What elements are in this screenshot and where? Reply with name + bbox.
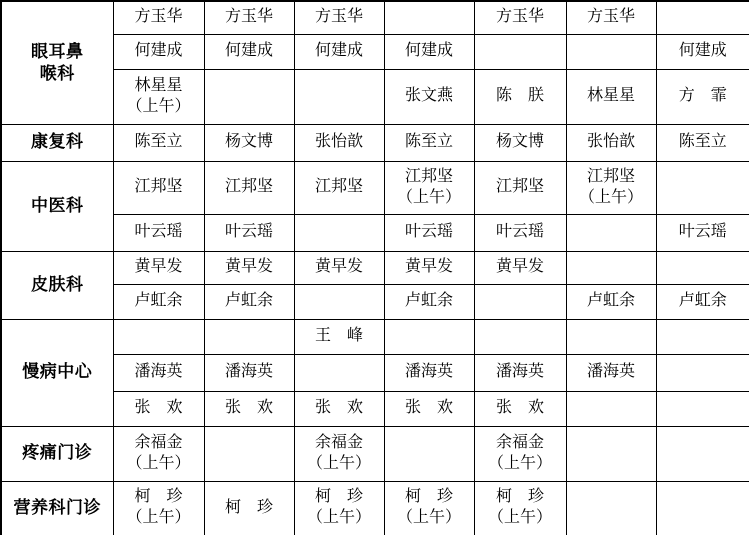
schedule-cell: 杨文博: [204, 124, 294, 161]
schedule-cell: [294, 69, 384, 124]
schedule-cell: [294, 284, 384, 319]
schedule-cell: 黄早发: [294, 251, 384, 284]
schedule-cell: 卢虹余: [566, 284, 656, 319]
schedule-cell: [384, 319, 474, 354]
schedule-cell: 叶云瑶: [113, 214, 204, 251]
schedule-cell: [384, 1, 474, 34]
schedule-cell: 叶云瑶: [474, 214, 566, 251]
department-cell: 中医科: [1, 161, 113, 251]
schedule-cell: 柯 珍: [204, 481, 294, 535]
schedule-cell: [656, 161, 749, 214]
schedule-cell: 余福金 （上午）: [474, 426, 566, 481]
schedule-cell: 方玉华: [474, 1, 566, 34]
schedule-cell: 杨文博: [474, 124, 566, 161]
schedule-cell: 林星星: [566, 69, 656, 124]
schedule-cell: [294, 354, 384, 391]
schedule-cell: 方玉华: [294, 1, 384, 34]
schedule-cell: 卢虹余: [204, 284, 294, 319]
schedule-cell: 何建成: [294, 34, 384, 69]
schedule-cell: 江邦坚 （上午）: [384, 161, 474, 214]
table-row: 中医科江邦坚江邦坚江邦坚江邦坚 （上午）江邦坚江邦坚 （上午）: [1, 161, 749, 214]
schedule-cell: 张 欢: [204, 391, 294, 426]
schedule-cell: [474, 319, 566, 354]
table-row: 潘海英潘海英潘海英潘海英潘海英: [1, 354, 749, 391]
schedule-cell: 方玉华: [113, 1, 204, 34]
table-row: 叶云瑶叶云瑶叶云瑶叶云瑶叶云瑶: [1, 214, 749, 251]
department-cell: 康复科: [1, 124, 113, 161]
schedule-cell: 卢虹余: [113, 284, 204, 319]
schedule-cell: [294, 214, 384, 251]
department-cell: 眼耳鼻 喉科: [1, 1, 113, 124]
schedule-cell: 方 霏: [656, 69, 749, 124]
schedule-cell: [474, 284, 566, 319]
schedule-cell: [474, 34, 566, 69]
schedule-cell: 江邦坚 （上午）: [566, 161, 656, 214]
schedule-cell: 潘海英: [204, 354, 294, 391]
schedule-cell: [656, 251, 749, 284]
table-row: 林星星 （上午）张文燕陈 朕林星星方 霏: [1, 69, 749, 124]
duty-schedule-body: 眼耳鼻 喉科方玉华方玉华方玉华方玉华方玉华何建成何建成何建成何建成何建成林星星 …: [1, 1, 749, 535]
schedule-cell: 叶云瑶: [204, 214, 294, 251]
schedule-cell: 方玉华: [566, 1, 656, 34]
schedule-cell: [566, 251, 656, 284]
schedule-cell: [656, 354, 749, 391]
schedule-cell: [656, 426, 749, 481]
department-cell: 疼痛门诊: [1, 426, 113, 481]
schedule-cell: 张文燕: [384, 69, 474, 124]
schedule-cell: 叶云瑶: [656, 214, 749, 251]
duty-schedule-table: 眼耳鼻 喉科方玉华方玉华方玉华方玉华方玉华何建成何建成何建成何建成何建成林星星 …: [0, 0, 749, 535]
schedule-cell: 何建成: [113, 34, 204, 69]
department-cell: 慢病中心: [1, 319, 113, 426]
schedule-cell: [384, 426, 474, 481]
table-row: 营养科门诊柯 珍 （上午）柯 珍柯 珍 （上午）柯 珍 （上午）柯 珍 （上午）: [1, 481, 749, 535]
schedule-cell: 黄早发: [113, 251, 204, 284]
schedule-cell: 柯 珍 （上午）: [474, 481, 566, 535]
schedule-cell: 张怡歆: [294, 124, 384, 161]
schedule-cell: 王 峰: [294, 319, 384, 354]
schedule-cell: 卢虹余: [656, 284, 749, 319]
schedule-cell: [656, 1, 749, 34]
table-row: 疼痛门诊余福金 （上午）余福金 （上午）余福金 （上午）: [1, 426, 749, 481]
schedule-cell: 柯 珍 （上午）: [294, 481, 384, 535]
schedule-cell: [204, 319, 294, 354]
schedule-cell: 陈至立: [656, 124, 749, 161]
schedule-cell: 陈至立: [384, 124, 474, 161]
schedule-cell: 潘海英: [474, 354, 566, 391]
schedule-cell: [566, 391, 656, 426]
schedule-cell: [204, 69, 294, 124]
department-cell: 皮肤科: [1, 251, 113, 319]
schedule-cell: 何建成: [656, 34, 749, 69]
schedule-cell: 江邦坚: [204, 161, 294, 214]
table-row: 皮肤科黄早发黄早发黄早发黄早发黄早发: [1, 251, 749, 284]
schedule-cell: 江邦坚: [294, 161, 384, 214]
schedule-cell: [204, 426, 294, 481]
schedule-cell: 潘海英: [566, 354, 656, 391]
department-cell: 营养科门诊: [1, 481, 113, 535]
schedule-cell: 柯 珍 （上午）: [384, 481, 474, 535]
schedule-cell: 余福金 （上午）: [113, 426, 204, 481]
schedule-cell: 何建成: [204, 34, 294, 69]
duty-roster-page: 眼耳鼻 喉科方玉华方玉华方玉华方玉华方玉华何建成何建成何建成何建成何建成林星星 …: [0, 0, 749, 535]
schedule-cell: [566, 426, 656, 481]
schedule-cell: 江邦坚: [113, 161, 204, 214]
schedule-cell: 方玉华: [204, 1, 294, 34]
schedule-cell: [656, 391, 749, 426]
schedule-cell: [566, 214, 656, 251]
schedule-cell: 黄早发: [474, 251, 566, 284]
schedule-cell: 陈至立: [113, 124, 204, 161]
schedule-cell: 张 欢: [384, 391, 474, 426]
table-row: 张 欢张 欢张 欢张 欢张 欢: [1, 391, 749, 426]
schedule-cell: 卢虹余: [384, 284, 474, 319]
schedule-cell: 张 欢: [294, 391, 384, 426]
schedule-cell: [566, 481, 656, 535]
schedule-cell: [113, 319, 204, 354]
schedule-cell: 江邦坚: [474, 161, 566, 214]
schedule-cell: 余福金 （上午）: [294, 426, 384, 481]
schedule-cell: 黄早发: [384, 251, 474, 284]
schedule-cell: [656, 481, 749, 535]
schedule-cell: 何建成: [384, 34, 474, 69]
schedule-cell: 柯 珍 （上午）: [113, 481, 204, 535]
schedule-cell: [566, 34, 656, 69]
schedule-cell: 潘海英: [113, 354, 204, 391]
table-row: 慢病中心王 峰: [1, 319, 749, 354]
schedule-cell: [656, 319, 749, 354]
schedule-cell: [566, 319, 656, 354]
schedule-cell: 黄早发: [204, 251, 294, 284]
schedule-cell: 潘海英: [384, 354, 474, 391]
schedule-cell: 张 欢: [113, 391, 204, 426]
schedule-cell: 陈 朕: [474, 69, 566, 124]
table-row: 康复科陈至立杨文博张怡歆陈至立杨文博张怡歆陈至立: [1, 124, 749, 161]
schedule-cell: 叶云瑶: [384, 214, 474, 251]
table-row: 何建成何建成何建成何建成何建成: [1, 34, 749, 69]
table-row: 眼耳鼻 喉科方玉华方玉华方玉华方玉华方玉华: [1, 1, 749, 34]
schedule-cell: 张怡歆: [566, 124, 656, 161]
schedule-cell: 林星星 （上午）: [113, 69, 204, 124]
table-row: 卢虹余卢虹余卢虹余卢虹余卢虹余: [1, 284, 749, 319]
schedule-cell: 张 欢: [474, 391, 566, 426]
